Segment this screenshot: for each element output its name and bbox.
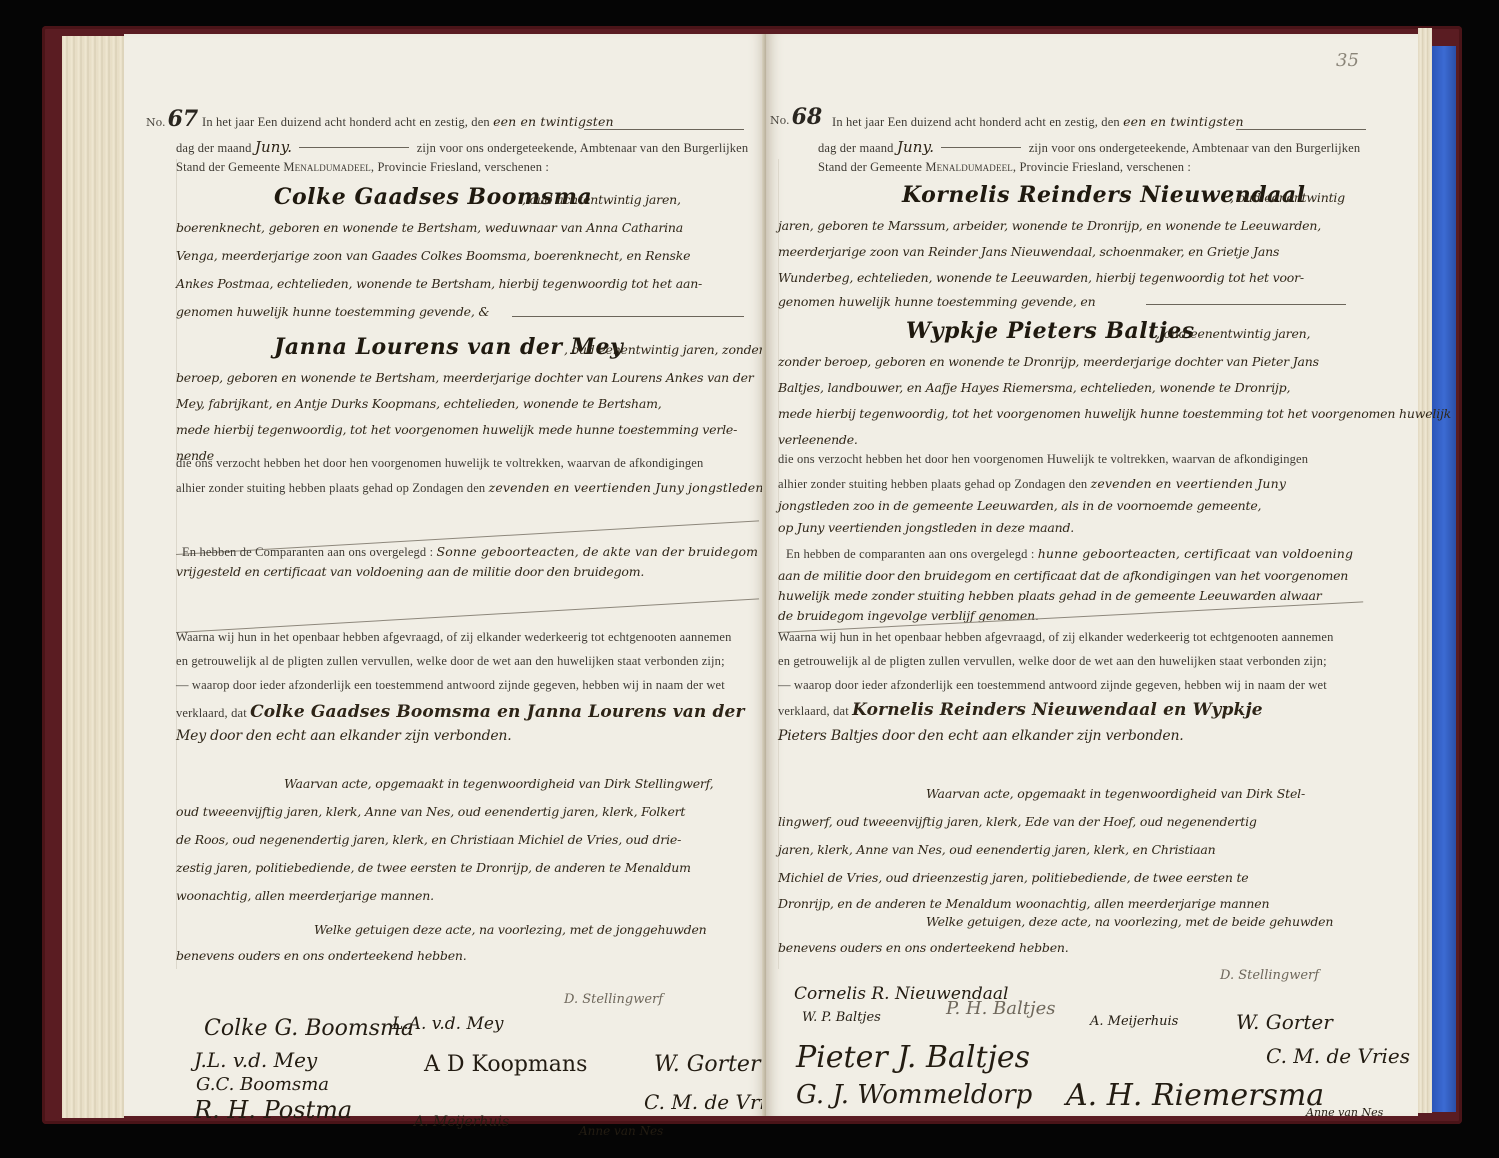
groom-line: Ankes Postmaa, echtelieden, wonende te B… xyxy=(176,276,702,291)
bride-line: mede hierbij tegenwoordig, tot het voorg… xyxy=(176,422,737,437)
signature: Anne van Nes xyxy=(1306,1106,1383,1119)
witness-line: woonachtig, allen meerderjarige mannen. xyxy=(176,888,434,903)
signature: A. H. Riemersma xyxy=(1066,1078,1324,1113)
closing-line: Welke getuigen, deze acte, na voorlezing… xyxy=(926,914,1333,929)
vow-hand-line: Mey door den echt aan elkander zijn verb… xyxy=(176,728,512,744)
intro-line-1: In het jaar Een duizend acht honderd ach… xyxy=(202,114,614,130)
bride-line: mede hierbij tegenwoordig, tot het voorg… xyxy=(778,406,1451,421)
documents-hand-line: vrijgesteld en certificaat van voldoenin… xyxy=(176,564,644,579)
left-page: No.67 In het jaar Een duizend acht honde… xyxy=(124,34,766,1116)
bride-line: , oud eenentwintig jaren, xyxy=(1156,326,1310,341)
witness-line: de Roos, oud negenendertig jaren, klerk,… xyxy=(176,832,681,847)
vow-line: verklaard, dat Kornelis Reinders Nieuwen… xyxy=(778,700,1263,720)
vow-line: en getrouwelijk al de pligten zullen ver… xyxy=(176,654,725,669)
groom-line: Venga, meerderjarige zoon van Gaades Col… xyxy=(176,248,690,263)
signature: Pieter J. Baltjes xyxy=(796,1040,1030,1075)
groom-line: , oud achtentwintig jaren, xyxy=(522,192,681,207)
intro-line-2: dag der maand Juny. zijn voor ons onderg… xyxy=(818,138,1360,156)
vow-line: — waarop door ieder afzonderlijk een toe… xyxy=(176,678,725,693)
signature: A D Koopmans xyxy=(424,1052,587,1077)
signature: R. H. Postma xyxy=(194,1096,352,1124)
signature: G.C. Boomsma xyxy=(196,1074,329,1095)
groom-line: genomen huwelijk hunne toestemming geven… xyxy=(778,294,1095,309)
witness-line: Waarvan acte, opgemaakt in tegenwoordigh… xyxy=(284,776,713,791)
blue-page-edge xyxy=(1432,46,1456,1112)
bride-line: beroep, geboren en wonende te Bertsham, … xyxy=(176,370,754,385)
witness-line: Michiel de Vries, oud drieenzestig jaren… xyxy=(778,870,1248,885)
witness-line: Waarvan acte, opgemaakt in tegenwoordigh… xyxy=(926,786,1305,801)
intro-line-2: dag der maand Juny. zijn voor ons onderg… xyxy=(176,138,748,156)
request-hand-line: jongstleden zoo in de gemeente Leeuwarde… xyxy=(778,498,1261,513)
witness-line: oud tweeenvijftig jaren, klerk, Anne van… xyxy=(176,804,685,819)
bride-line: , oud eenentwintig jaren, zonder xyxy=(564,342,764,357)
vow-line: en getrouwelijk al de pligten zullen ver… xyxy=(778,654,1327,669)
groom-line: boerenknecht, geboren en wonende te Bert… xyxy=(176,220,683,235)
groom-line: , oud eenentwintig xyxy=(1230,190,1345,205)
groom-line: jaren, geboren te Marssum, arbeider, won… xyxy=(778,218,1321,233)
signature: D. Stellingwerf xyxy=(564,992,663,1007)
groom-line: Wunderbeg, echtelieden, wonende te Leeuw… xyxy=(778,270,1304,285)
signature: G. J. Wommeldorp xyxy=(796,1080,1032,1110)
intro-line-3: Stand der Gemeente Menaldumadeel, Provin… xyxy=(818,160,1191,175)
signature: A. Meijerhuis xyxy=(1090,1014,1178,1029)
closing-line: benevens ouders en ons onderteekend hebb… xyxy=(778,940,1069,955)
documents-line: En hebben de Comparanten aan ons overgel… xyxy=(182,544,758,560)
right-page: 35 No.68 In het jaar Een duizend acht ho… xyxy=(766,34,1418,1116)
fill-rule xyxy=(584,129,744,130)
entry-number: No.68 xyxy=(770,104,822,130)
page-stack-right xyxy=(1418,28,1432,1113)
bride-name: Wypkje Pieters Baltjes xyxy=(906,318,1195,344)
documents-line: En hebben de comparanten aan ons overgel… xyxy=(786,546,1353,562)
signature: Colke G. Boomsma xyxy=(204,1016,414,1041)
witness-line: Dronrijp, en de anderen te Menaldum woon… xyxy=(778,896,1269,911)
request-line-2: alhier zonder stuiting hebben plaats geh… xyxy=(176,480,764,496)
closing-line: benevens ouders en ons onderteekend hebb… xyxy=(176,948,467,963)
documents-hand-line: huwelijk mede zonder stuiting hebben pla… xyxy=(778,588,1322,603)
bride-line: Mey, fabrijkant, en Antje Durks Koopmans… xyxy=(176,396,662,411)
folio-number: 35 xyxy=(1336,50,1359,71)
documents-hand-line: aan de militie door den bruidegom en cer… xyxy=(778,568,1348,583)
strike-rule xyxy=(176,598,759,633)
request-line-1: die ons verzocht hebben het door hen voo… xyxy=(778,452,1308,467)
signature: Anne van Nes xyxy=(579,1124,663,1138)
signature: W. Gorter xyxy=(1236,1010,1333,1034)
groom-line: meerderjarige zoon van Reinder Jans Nieu… xyxy=(778,244,1279,259)
page-stack-left xyxy=(62,36,124,1118)
witness-line: jaren, klerk, Anne van Nes, oud eenender… xyxy=(778,842,1215,857)
closing-line: Welke getuigen deze acte, na voorlezing,… xyxy=(314,922,707,937)
vow-line: Waarna wij hun in het openbaar hebben af… xyxy=(778,630,1334,645)
intro-line-3: Stand der Gemeente Menaldumadeel, Provin… xyxy=(176,160,549,175)
signature: C. M. de Vries xyxy=(1266,1044,1410,1068)
vow-line: — waarop door ieder afzonderlijk een toe… xyxy=(778,678,1327,693)
vow-line: verklaard, dat Colke Gaadses Boomsma en … xyxy=(176,702,745,722)
fill-rule xyxy=(1236,129,1366,130)
bride-line: Baltjes, landbouwer, en Aafje Hayes Riem… xyxy=(778,380,1290,395)
signature: P. H. Baltjes xyxy=(946,998,1055,1019)
witness-line: lingwerf, oud tweeenvijftig jaren, klerk… xyxy=(778,814,1257,829)
signature: W. P. Baltjes xyxy=(802,1010,881,1025)
signature: W. Gorter xyxy=(654,1052,760,1077)
intro-line-1: In het jaar Een duizend acht honderd ach… xyxy=(832,114,1244,130)
bride-line: verleenende. xyxy=(778,432,858,447)
witness-line: zestig jaren, politiebediende, de twee e… xyxy=(176,860,691,875)
fill-rule xyxy=(512,316,744,317)
entry-number: No.67 xyxy=(146,106,198,132)
bride-line: zonder beroep, geboren en wonende te Dro… xyxy=(778,354,1319,369)
request-hand-line: op Juny veertienden jongstleden in deze … xyxy=(778,520,1074,535)
groom-line: genomen huwelijk hunne toestemming geven… xyxy=(176,304,489,319)
request-line-2: alhier zonder stuiting hebben plaats geh… xyxy=(778,476,1286,492)
vow-line: Waarna wij hun in het openbaar hebben af… xyxy=(176,630,732,645)
signature: A. Meijerhuis xyxy=(414,1114,509,1130)
fill-rule xyxy=(1146,304,1346,305)
signature: J.L. v.d. Mey xyxy=(194,1048,317,1072)
vow-hand-line: Pieters Baltjes door den echt aan elkand… xyxy=(778,728,1184,744)
signature: D. Stellingwerf xyxy=(1220,968,1319,983)
request-line-1: die ons verzocht hebben het door hen voo… xyxy=(176,456,703,471)
signature: L.A. v.d. Mey xyxy=(392,1014,504,1034)
